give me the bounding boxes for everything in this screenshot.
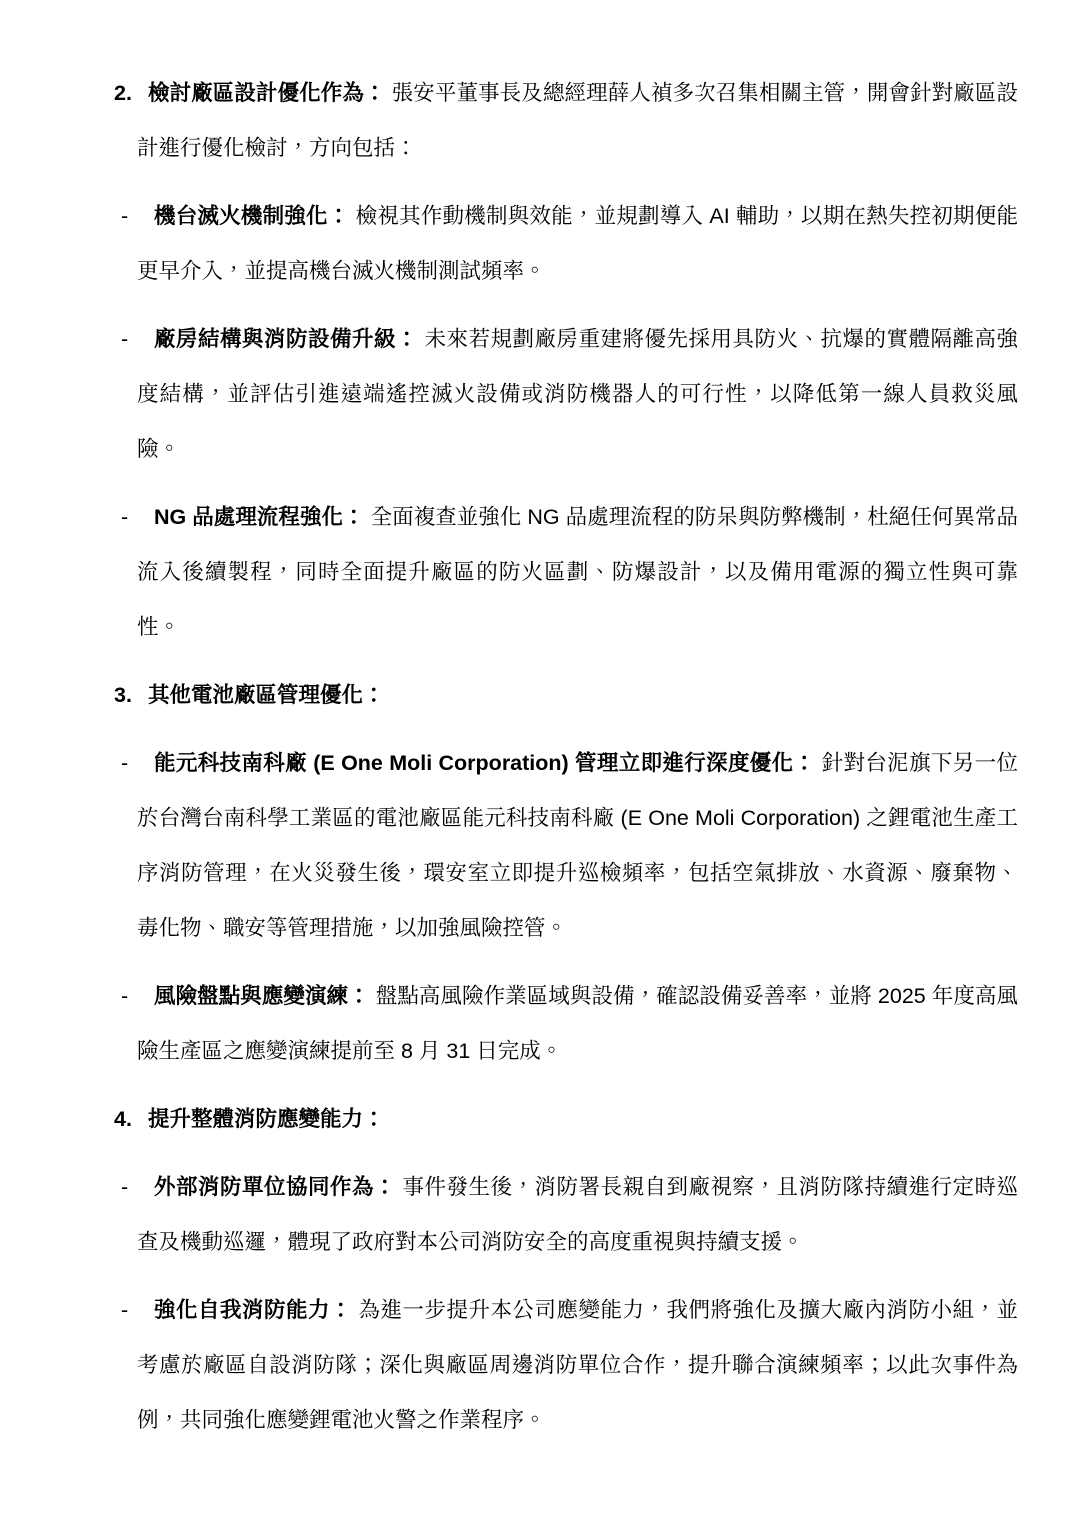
lead-text: 能元科技南科廠 (E One Moli Corporation) 管理立即進行深… bbox=[154, 751, 815, 775]
lead-text: NG 品處理流程強化： bbox=[154, 505, 365, 529]
body-text: 針對台泥旗下另一位於台灣台南科學工業區的電池廠區能元科技南科廠 (E One M… bbox=[137, 751, 1018, 940]
lead-text: 機台滅火機制強化： bbox=[154, 204, 349, 228]
item-number: 3. bbox=[114, 668, 132, 723]
document-body: 2. 檢討廠區設計優化作為： 張安平董事長及總經理薛人禎多次召集相關主管，開會針… bbox=[137, 66, 1018, 1461]
item-number: 4. bbox=[114, 1092, 132, 1147]
paragraph: - 能元科技南科廠 (E One Moli Corporation) 管理立即進… bbox=[137, 736, 1018, 956]
paragraph: - NG 品處理流程強化： 全面複查並強化 NG 品處理流程的防呆與防弊機制，杜… bbox=[137, 490, 1018, 655]
paragraph: - 廠房結構與消防設備升級： 未來若規劃廠房重建將優先採用具防火、抗爆的實體隔離… bbox=[137, 312, 1018, 477]
paragraph: 3. 其他電池廠區管理優化： bbox=[137, 668, 1018, 723]
bullet-dash: - bbox=[121, 1283, 128, 1338]
bullet-dash: - bbox=[121, 736, 128, 791]
lead-text: 風險盤點與應變演練： bbox=[154, 984, 370, 1008]
lead-text: 檢討廠區設計優化作為： bbox=[148, 81, 386, 105]
bullet-dash: - bbox=[121, 490, 128, 545]
bullet-dash: - bbox=[121, 312, 128, 367]
paragraph: - 強化自我消防能力： 為進一步提升本公司應變能力，我們將強化及擴大廠內消防小組… bbox=[137, 1283, 1018, 1448]
lead-text: 廠房結構與消防設備升級： bbox=[154, 327, 418, 351]
lead-text: 其他電池廠區管理優化： bbox=[148, 683, 385, 707]
lead-text: 提升整體消防應變能力： bbox=[148, 1107, 385, 1131]
paragraph: - 機台滅火機制強化： 檢視其作動機制與效能，並規劃導入 AI 輔助，以期在熱失… bbox=[137, 189, 1018, 299]
paragraph: - 外部消防單位協同作為： 事件發生後，消防署長親自到廠視察，且消防隊持續進行定… bbox=[137, 1160, 1018, 1270]
paragraph: 4. 提升整體消防應變能力： bbox=[137, 1092, 1018, 1147]
paragraph: 2. 檢討廠區設計優化作為： 張安平董事長及總經理薛人禎多次召集相關主管，開會針… bbox=[137, 66, 1018, 176]
bullet-dash: - bbox=[121, 969, 128, 1024]
lead-text: 強化自我消防能力： bbox=[154, 1298, 352, 1322]
lead-text: 外部消防單位協同作為： bbox=[154, 1175, 396, 1199]
bullet-dash: - bbox=[121, 1160, 128, 1215]
document-page: 2. 檢討廠區設計優化作為： 張安平董事長及總經理薛人禎多次召集相關主管，開會針… bbox=[0, 0, 1080, 1528]
paragraph: - 風險盤點與應變演練： 盤點高風險作業區域與設備，確認設備妥善率，並將 202… bbox=[137, 969, 1018, 1079]
item-number: 2. bbox=[114, 66, 132, 121]
bullet-dash: - bbox=[121, 189, 128, 244]
